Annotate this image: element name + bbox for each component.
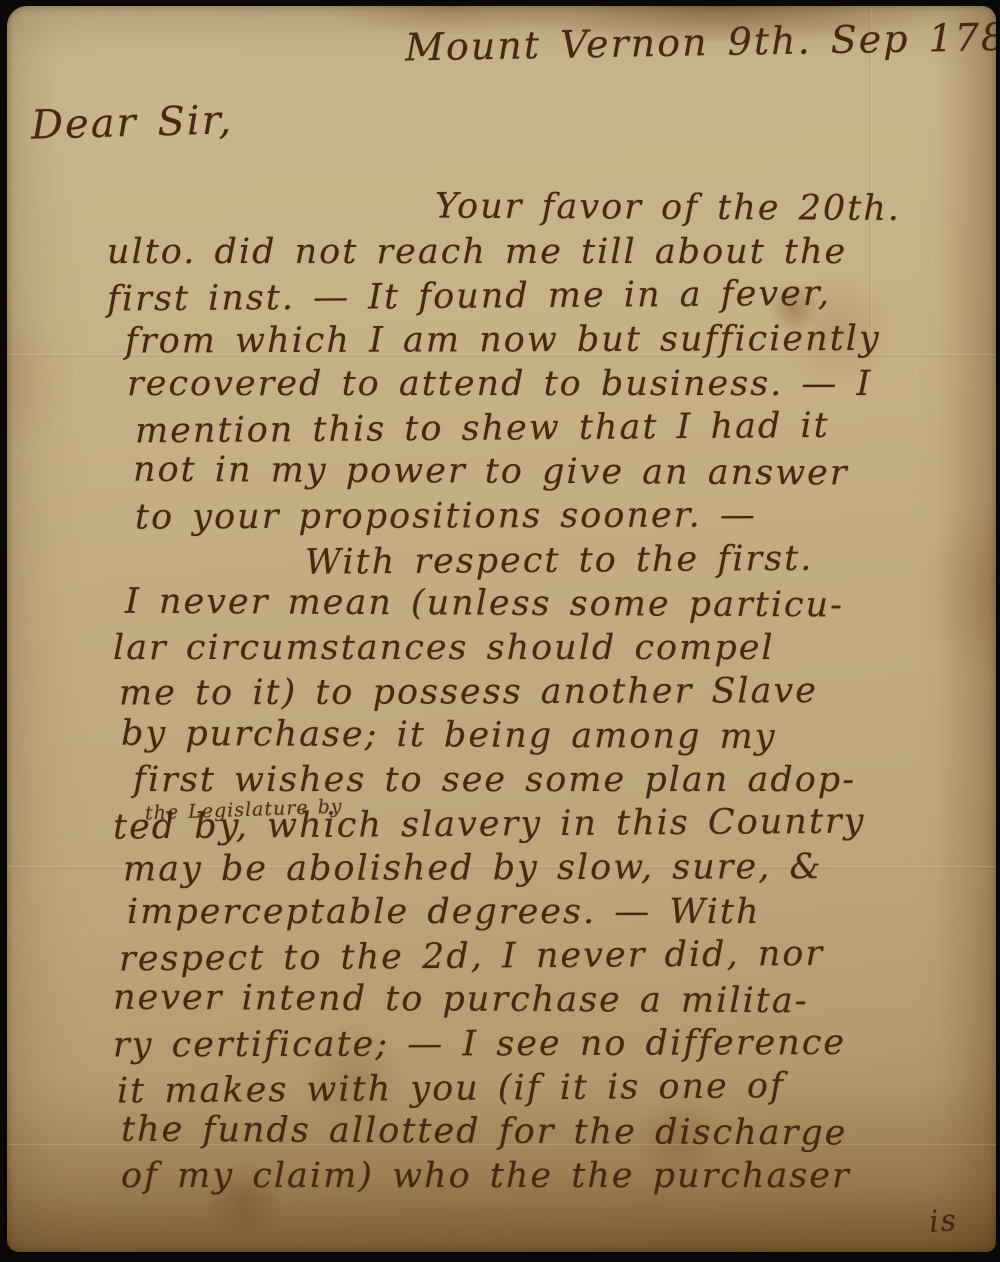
manuscript-line: recovered to attend to business. — I — [127, 362, 996, 406]
manuscript-line: me to it) to possess another Slave — [119, 668, 996, 715]
manuscript-line: of my claim) who the the purchaser — [121, 1154, 996, 1198]
manuscript-line: to your propositions sooner. — — [135, 492, 996, 539]
dateline: Mount Vernon 9th. Sep 1786 — [405, 15, 996, 70]
manuscript-line: respect to the 2d, I never did, nor — [119, 931, 996, 982]
letter-scan: { "scan": { "background_color": "#0a0908… — [0, 0, 1000, 1262]
manuscript-line: it makes with you (if it is one of — [117, 1063, 996, 1114]
manuscript-line: With respect to the first. — [305, 535, 996, 584]
manuscript-line: first wishes to see some plan adop- — [133, 758, 996, 802]
manuscript-line: imperceptable degrees. — With — [127, 890, 996, 934]
manuscript-line: the funds allotted for the discharge — [121, 1108, 996, 1157]
letter-paper: Mount Vernon 9th. Sep 1786 Dear Sir, You… — [7, 6, 996, 1252]
manuscript-line: from which I am now but sufficiently — [125, 316, 996, 363]
manuscript-line: Your favor of the 20th. — [435, 185, 996, 232]
letter-body: Your favor of the 20th. ulto. did not re… — [105, 186, 996, 1198]
manuscript-line: never intend to purchase a milita- — [113, 976, 996, 1025]
manuscript-line: lar circumstances should compel — [113, 626, 996, 670]
manuscript-line: ry certificate; — I see no difference — [113, 1020, 996, 1067]
manuscript-line: I never mean (unless some particu- — [125, 580, 996, 629]
manuscript-line: may be abolished by slow, sure, & — [123, 844, 996, 891]
manuscript-line: ulto. did not reach me till about the — [107, 230, 996, 274]
manuscript-line: mention this to shew that I had it — [135, 403, 996, 454]
catchword: is — [928, 1203, 959, 1240]
salutation: Dear Sir, — [30, 97, 233, 148]
manuscript-line: by purchase; it being among my — [121, 712, 996, 761]
manuscript-line: not in my power to give an answer — [133, 448, 996, 497]
manuscript-line: first inst. — It found me in a fever, — [107, 271, 996, 322]
